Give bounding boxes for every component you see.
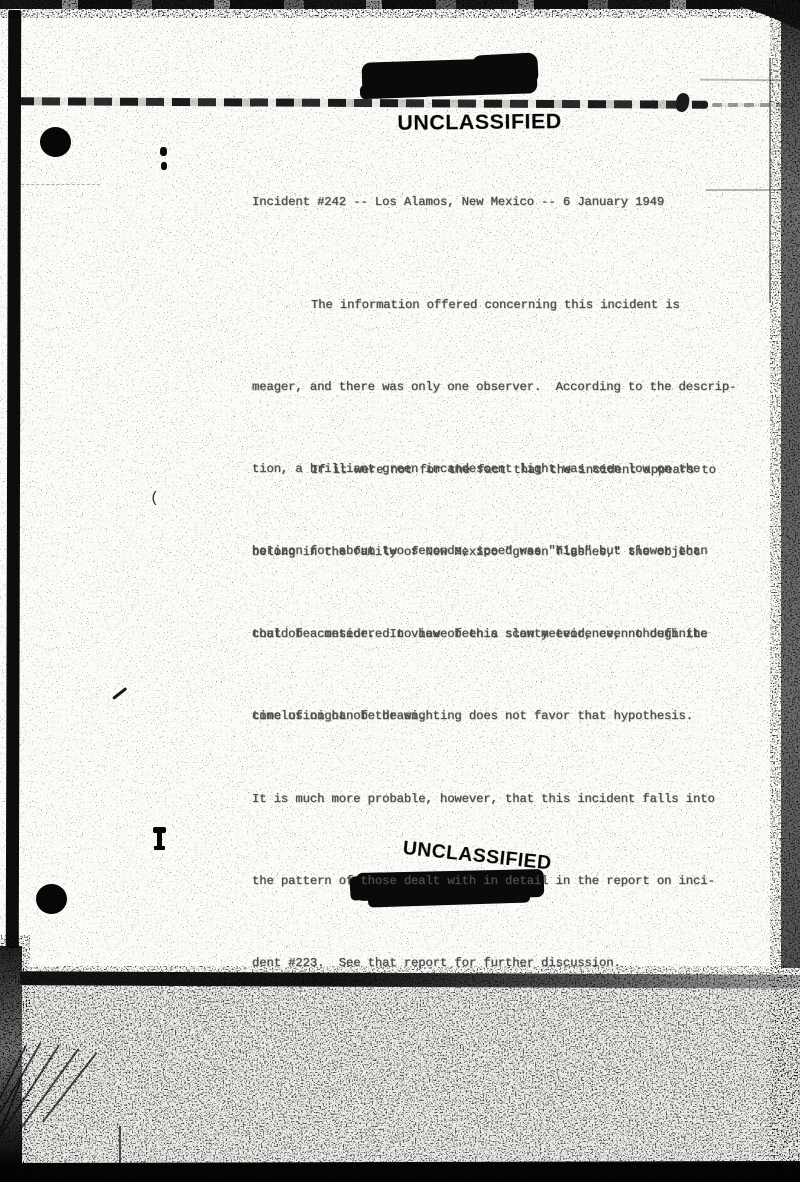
unclassified-stamp-top: UNCLASSIFIED xyxy=(397,110,562,136)
typewritten-line: If it were not for the fact that the inc… xyxy=(252,457,716,484)
hole-punch-bottom xyxy=(36,884,67,914)
typewritten-line: meager, and there was only one observer.… xyxy=(252,374,736,401)
paragraph-2: If it were not for the fact that the inc… xyxy=(252,402,716,1032)
scanned-document-page: UNCLASSIFIED UNCLASSIFIED Incident #242 … xyxy=(0,0,800,1182)
typewritten-line: It is much more probable, however, that … xyxy=(252,786,716,813)
redaction-bar-top-part xyxy=(360,83,430,99)
incident-title-line: Incident #242 -- Los Alamos, New Mexico … xyxy=(252,195,664,209)
typewritten-line: the pattern of those dealt with in detai… xyxy=(252,868,716,895)
stray-paren-mark: ( xyxy=(150,490,159,507)
scan-edge-bottom xyxy=(0,1161,800,1182)
scan-edge-right xyxy=(781,0,800,968)
scan-edge-left-corner xyxy=(0,946,22,1182)
typewritten-line: could be considered to have been a slow … xyxy=(252,621,716,648)
typewritten-line: belong in the family of New Mexico "gree… xyxy=(252,539,716,566)
typewritten-line: time of night of the sighting does not f… xyxy=(252,703,716,730)
scan-edge-top xyxy=(0,0,800,9)
redaction-bar-top-part xyxy=(471,52,539,87)
faint-vertical-line-right xyxy=(769,58,771,303)
scan-edge-left xyxy=(6,10,21,948)
ink-blot-bottom xyxy=(153,827,166,851)
faint-dashed-line xyxy=(16,184,100,185)
ink-blot-top xyxy=(160,147,168,171)
small-vertical-mark-bottom xyxy=(119,1126,121,1166)
typewritten-line: The information offered concerning this … xyxy=(252,292,736,319)
